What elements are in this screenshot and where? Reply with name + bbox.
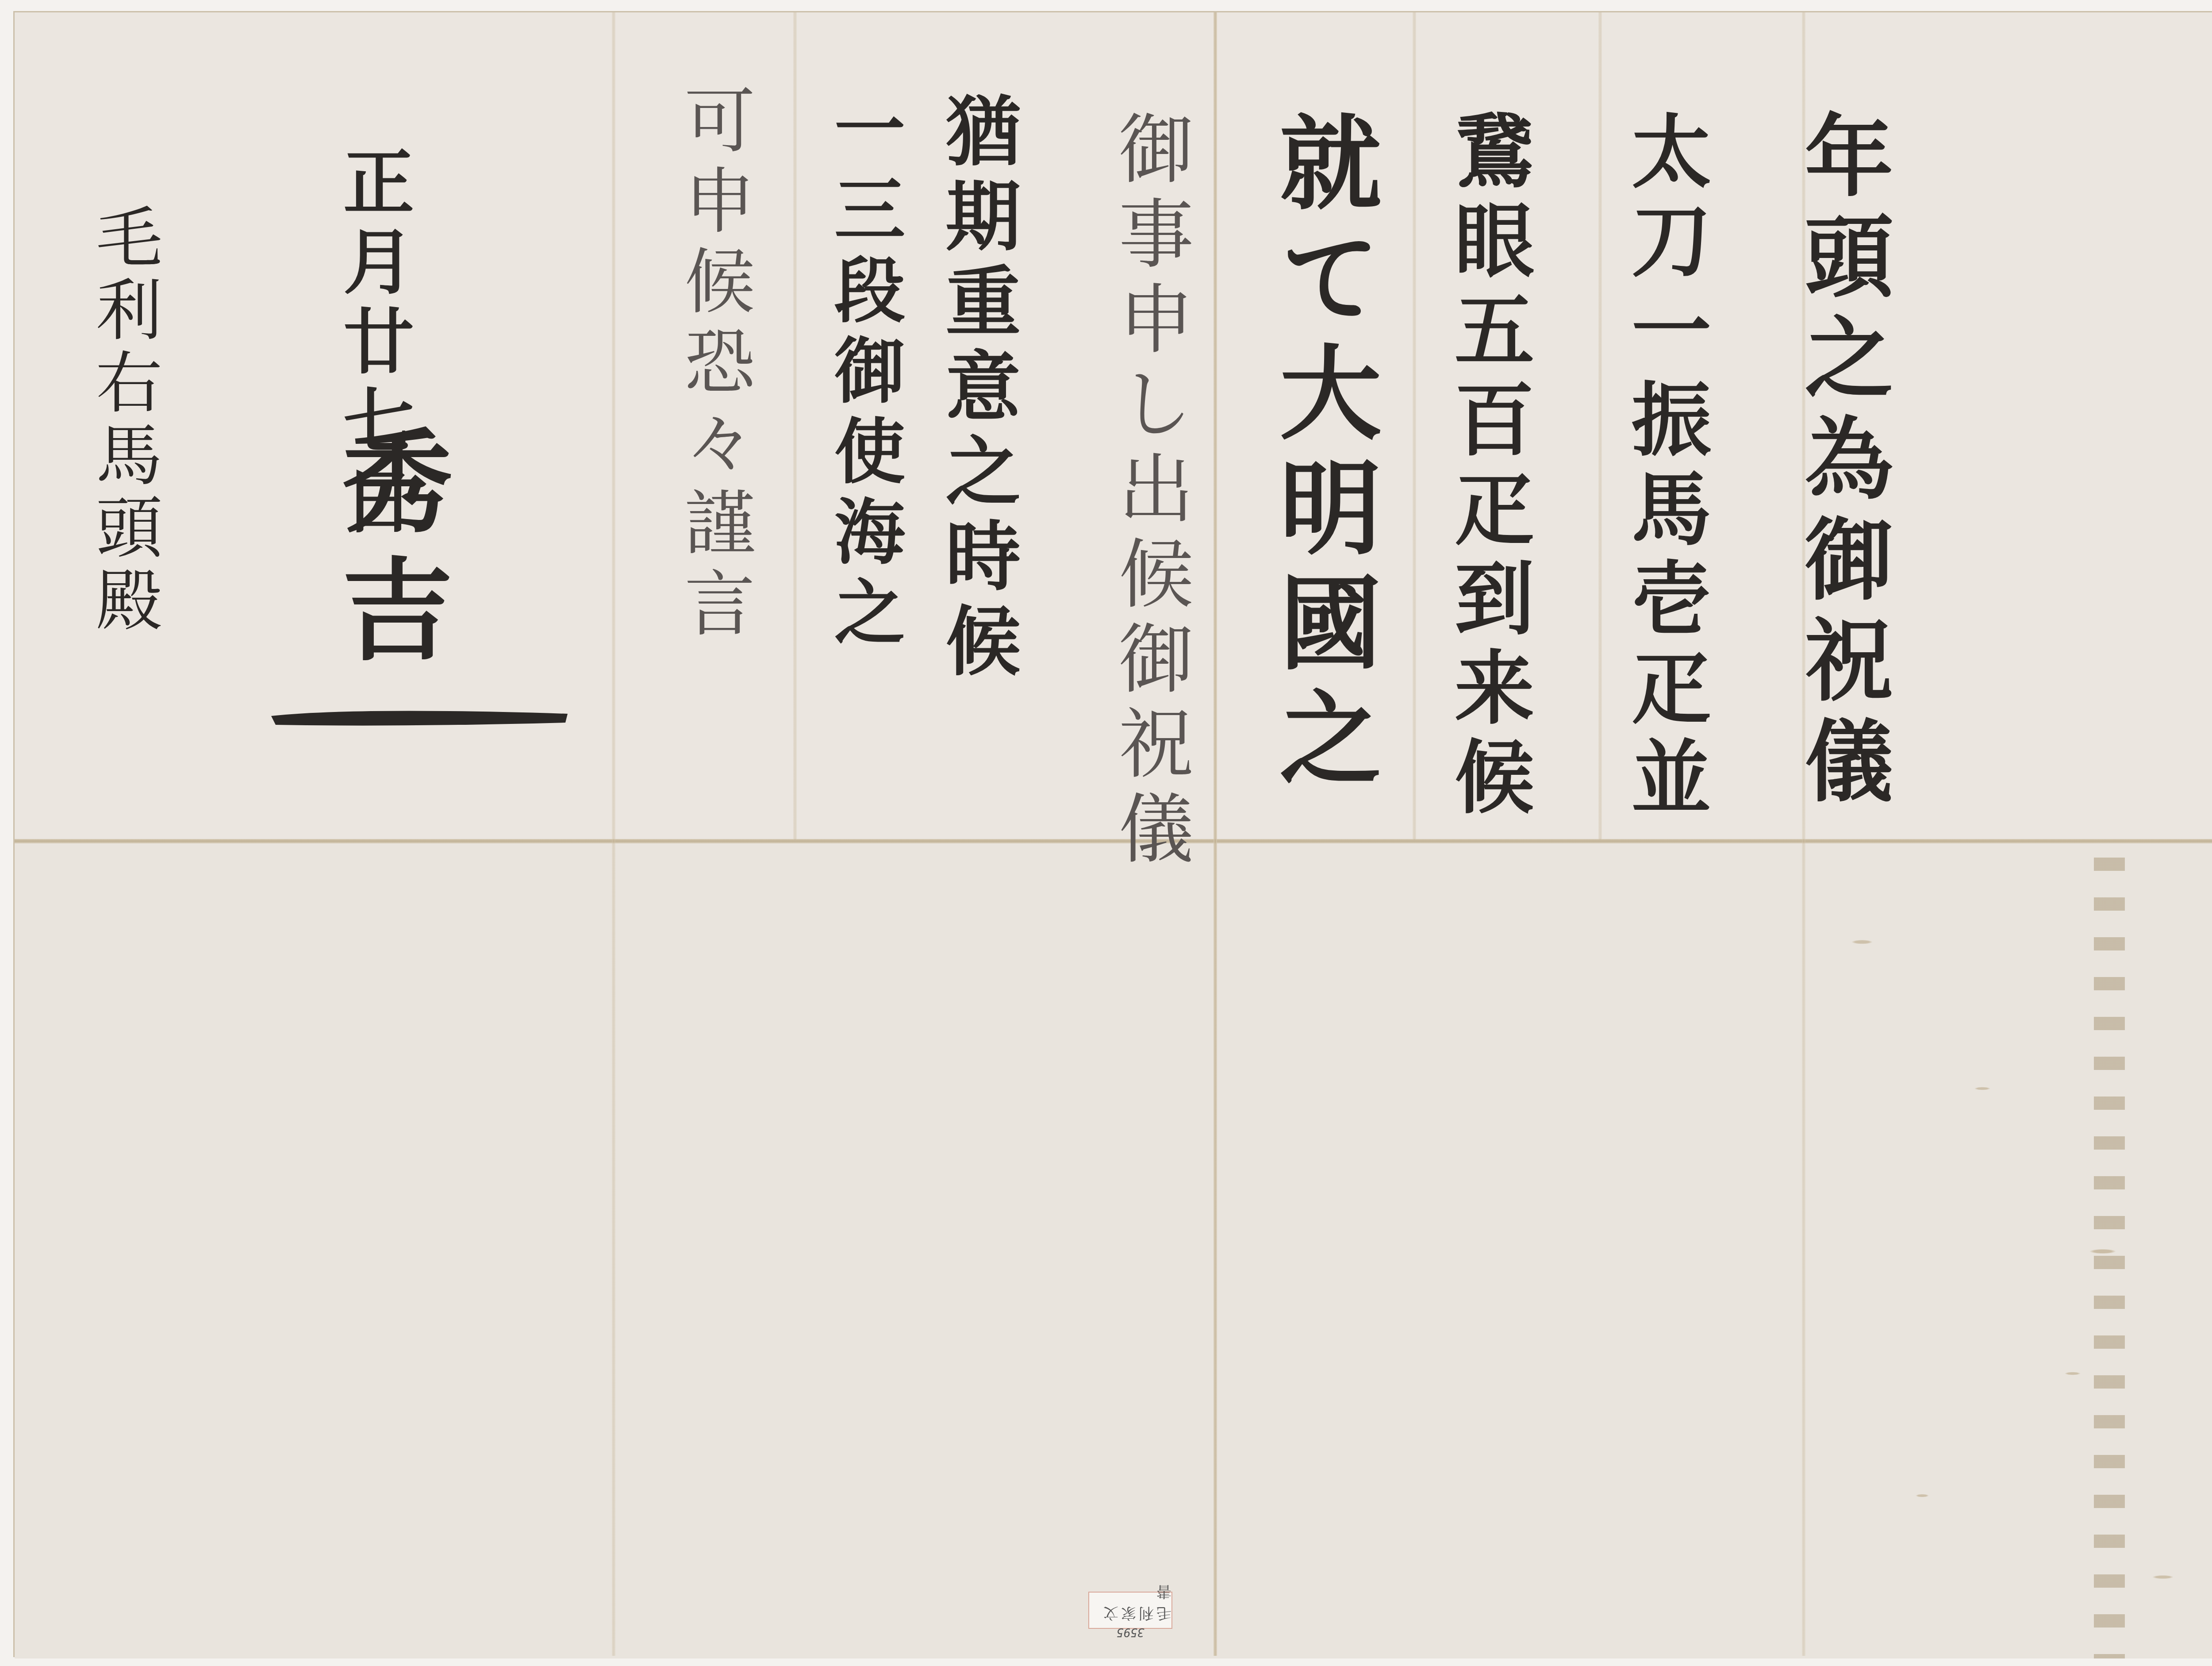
- text-column-3: 鵞眼五百疋到来候: [1448, 110, 1528, 825]
- text-column-2: 太刀一振馬壱疋並: [1625, 110, 1705, 825]
- text-column-4: 就て大明國之: [1271, 110, 1373, 800]
- text-column-7: 一三段御使海之: [829, 92, 899, 656]
- text-column-5: 御事申し出候御祝儀: [1112, 110, 1187, 874]
- archive-number: 3595: [1117, 1625, 1144, 1639]
- kao-monogram-icon: [267, 703, 572, 729]
- vertical-fold-line-left: [612, 12, 615, 1656]
- archive-label: 3595 毛利家文書: [1088, 1592, 1172, 1629]
- paper-fiber-texture: [1802, 844, 2212, 1658]
- paper-sheet: 年頭之為御祝儀 太刀一振馬壱疋並 鵞眼五百疋到来候 就て大明國之 御事申し出候御…: [13, 11, 2212, 1657]
- vertical-crease-1: [793, 12, 797, 840]
- archive-collection: 毛利家文書: [1089, 1582, 1171, 1625]
- vertical-crease-3: [1598, 12, 1602, 840]
- text-column-6: 猶期重意之時候: [939, 92, 1014, 687]
- vertical-fold-line-center: [1214, 12, 1217, 1656]
- text-column-1: 年頭之為御祝儀: [1797, 110, 1886, 816]
- vertical-crease-2: [1413, 12, 1416, 840]
- addressee-line: 毛利右馬頭殿: [90, 203, 156, 638]
- signature: 秀吉: [333, 424, 444, 681]
- paper-fiber-seam: [2094, 844, 2125, 1658]
- text-column-8: 可申候恐々謹言: [678, 83, 749, 647]
